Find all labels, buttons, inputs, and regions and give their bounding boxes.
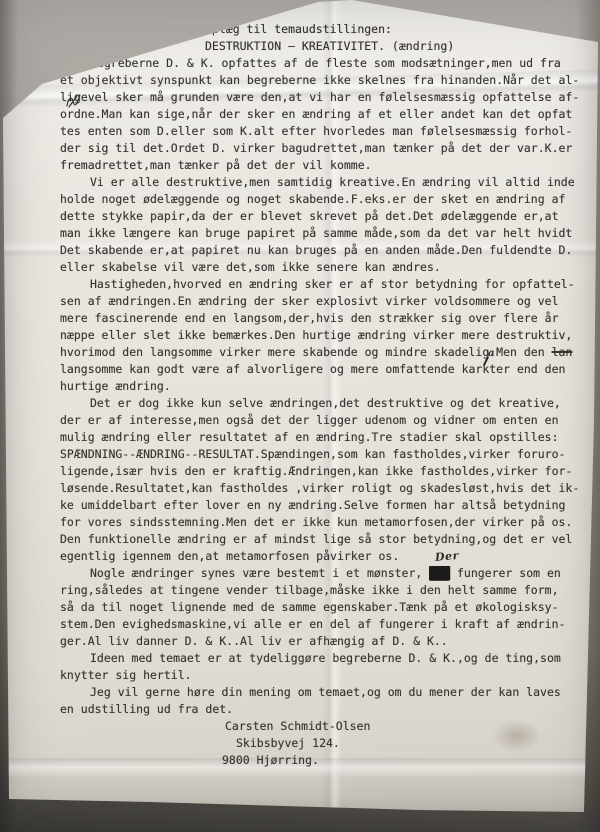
line-text: løsende.Resultatet,kan fastholdes ,virke…: [60, 481, 579, 495]
text-line: tes enten som D.eller som K.alt efter hv…: [60, 123, 594, 140]
text-line: ke umiddelbart efter lover en ny ændring…: [60, 497, 594, 514]
text-line: Ideen med temaet er at tydeliggøre begre…: [60, 650, 594, 667]
line-text: knytter sig hertil.: [60, 668, 192, 682]
line-text: mulig ændring eller resultatet af en ænd…: [60, 430, 559, 444]
line-text: Begreberne D. & K. opfattes af de fleste…: [90, 56, 561, 70]
text-line: holde noget ødelæggende og noget skabend…: [60, 191, 594, 208]
line-text: dette stykke papir,da der er blevet skre…: [60, 209, 559, 223]
line-text: der sig til det.Ordet D. virker bagudret…: [60, 141, 572, 155]
line-text: ke umiddelbart efter lover en ny ændring…: [60, 498, 565, 512]
text-line: så da til noget lignende med de samme eg…: [60, 599, 594, 616]
line-text: Carsten Schmidt-Olsen: [225, 719, 370, 733]
line-text: hvorimod den langsomme virker mere skabe…: [60, 345, 552, 359]
text-line: ger.Al liv danner D. & K..Al liv er afhæ…: [60, 633, 594, 650]
text-line: egentlig igennem den,at metamorfosen påv…: [60, 548, 594, 565]
blackout-text: ███: [429, 566, 450, 580]
line-text: hurtige ændring.: [60, 379, 171, 393]
line-text: ligevel sker må grunden være den,at vi h…: [60, 90, 579, 104]
text-line: hvorimod den langsomme virker mere skabe…: [60, 344, 594, 361]
text-line: dette stykke papir,da der er blevet skre…: [60, 208, 594, 225]
line-text: Hastigheden,hvorved en ændring sker er a…: [90, 277, 575, 291]
text-line: ligevel sker må grunden være den,at vi h…: [60, 89, 594, 106]
line-text: tes enten som D.eller som K.alt efter hv…: [60, 124, 572, 138]
line-text: Jeg vil gerne høre din mening om temaet,…: [90, 685, 561, 699]
line-text: egentlig igennem den,at metamorfosen påv…: [60, 549, 399, 563]
text-line: et objektivt synspunkt kan begreberne ik…: [60, 72, 594, 89]
line-text: eller skabelse vil være det,som ikke sen…: [60, 260, 441, 274]
text-line: Det skabende er,at papiret nu kan bruges…: [60, 242, 594, 259]
text-line: eller skabelse vil være det,som ikke sen…: [60, 259, 594, 276]
line-text: Det skabende er,at papiret nu kan bruges…: [60, 243, 572, 257]
line-text: næppe eller slet ikke bemærkes.Den hurti…: [60, 328, 572, 342]
line-text: 9800 Hjørring.: [222, 753, 319, 767]
line-text: Vi er alle destruktive,men samtidig krea…: [90, 175, 575, 189]
text-line: Nogle ændringer synes være bestemt i et …: [60, 565, 594, 582]
handwritten-insert-a: a: [488, 348, 494, 359]
line-text: en udstilling ud fra det.: [60, 702, 233, 716]
text-line: der er af interesse,men også det der lig…: [60, 412, 594, 429]
text-line: Jeg vil gerne høre din mening om temaet,…: [60, 684, 594, 701]
text-line: mere fascinerende end en langsom,der,hvi…: [60, 310, 594, 327]
text-line: ligende,især hvis den er kraftig.Ændring…: [60, 463, 594, 480]
line-text: man ikke længere kan bruge papiret på sa…: [60, 226, 572, 240]
line-text: fungerer som en: [450, 566, 561, 580]
line-text: Skibsbyvej 124.: [236, 736, 340, 750]
text-line: stem.Den evighedsmaskine,vi alle er en d…: [60, 616, 594, 633]
line-text: SPÆNDNING--ÆNDRING--RESULTAT.Spændingen,…: [60, 447, 565, 461]
text-line: knytter sig hertil.: [60, 667, 594, 684]
text-line: der sig til det.Ordet D. virker bagudret…: [60, 140, 594, 157]
line-text: stem.Den evighedsmaskine,vi alle er en d…: [60, 617, 565, 631]
line-text: ligende,især hvis den er kraftig.Ændring…: [60, 464, 572, 478]
text-line: Hastigheden,hvorved en ændring sker er a…: [60, 276, 594, 293]
text-line: for vores sindsstemning.Men det er ikke …: [60, 514, 594, 531]
text-line: 9800 Hjørring.: [60, 752, 594, 769]
line-text: sen af ændringen.En ændring der sker exp…: [60, 294, 559, 308]
text-line: Det er dog ikke kun selve ændringen,det …: [60, 395, 594, 412]
text-line: en udstilling ud fra det.: [60, 701, 594, 718]
line-text: så da til noget lignende med de samme eg…: [60, 600, 559, 614]
line-text: for vores sindsstemning.Men det er ikke …: [60, 515, 572, 529]
text-line: Vi er alle destruktive,men samtidig krea…: [60, 174, 594, 191]
text-line: løsende.Resultatet,kan fastholdes ,virke…: [60, 480, 594, 497]
line-text: der er af interesse,men også det der lig…: [60, 413, 559, 427]
text-line: Begreberne D. & K. opfattes af de fleste…: [60, 55, 594, 72]
line-text: DESTRUKTION — KREATIVITET. (ændring): [205, 39, 454, 53]
text-line: man ikke længere kan bruge papiret på sa…: [60, 225, 594, 242]
letter-body: Oplæg til temaudstillingen:DESTRUKTION —…: [60, 21, 594, 769]
text-line: fremadrettet,man tænker på det der vil k…: [60, 157, 594, 174]
text-line: langsomme kan godt være af alvorligere o…: [60, 361, 594, 378]
text-line: mulig ændring eller resultatet af en ænd…: [60, 429, 594, 446]
line-text: ring,således at tingene vender tilbage,m…: [60, 583, 559, 597]
letter-page: Oplæg til temaudstillingen:DESTRUKTION —…: [0, 0, 600, 832]
stamp-smudge: [492, 720, 542, 752]
line-text: Det er dog ikke kun selve ændringen,det …: [90, 396, 561, 410]
text-line: Den funktionelle ændring er af mindst li…: [60, 531, 594, 548]
handwritten-squiggle-icon: [64, 94, 84, 109]
text-line: ring,således at tingene vender tilbage,m…: [60, 582, 594, 599]
strike-text: lan: [552, 345, 573, 359]
line-text: langsomme kan godt være af alvorligere o…: [60, 362, 565, 376]
text-line: sen af ændringen.En ændring der sker exp…: [60, 293, 594, 310]
photo-stage: Oplæg til temaudstillingen:DESTRUKTION —…: [0, 0, 600, 832]
line-text: ordne.Man kan sige,når der sker en ændri…: [60, 107, 572, 121]
line-text: fremadrettet,man tænker på det der vil k…: [60, 158, 372, 172]
line-text: ger.Al liv danner D. & K..Al liv er afhæ…: [60, 634, 448, 648]
line-text: Nogle ændringer synes være bestemt i et …: [90, 566, 429, 580]
line-text: et objektivt synspunkt kan begreberne ik…: [60, 73, 579, 87]
line-text: Den funktionelle ændring er af mindst li…: [60, 532, 572, 546]
text-line: SPÆNDNING--ÆNDRING--RESULTAT.Spændingen,…: [60, 446, 594, 463]
line-text: holde noget ødelæggende og noget skabend…: [60, 192, 565, 206]
line-text: mere fascinerende end en langsom,der,hvi…: [60, 311, 559, 325]
line-text: Ideen med temaet er at tydeliggøre begre…: [90, 651, 561, 665]
text-line: hurtige ændring.: [60, 378, 594, 395]
text-line: næppe eller slet ikke bemærkes.Den hurti…: [60, 327, 594, 344]
handwritten-insert-der: Der: [434, 549, 459, 564]
text-line: ordne.Man kan sige,når der sker en ændri…: [60, 106, 594, 123]
